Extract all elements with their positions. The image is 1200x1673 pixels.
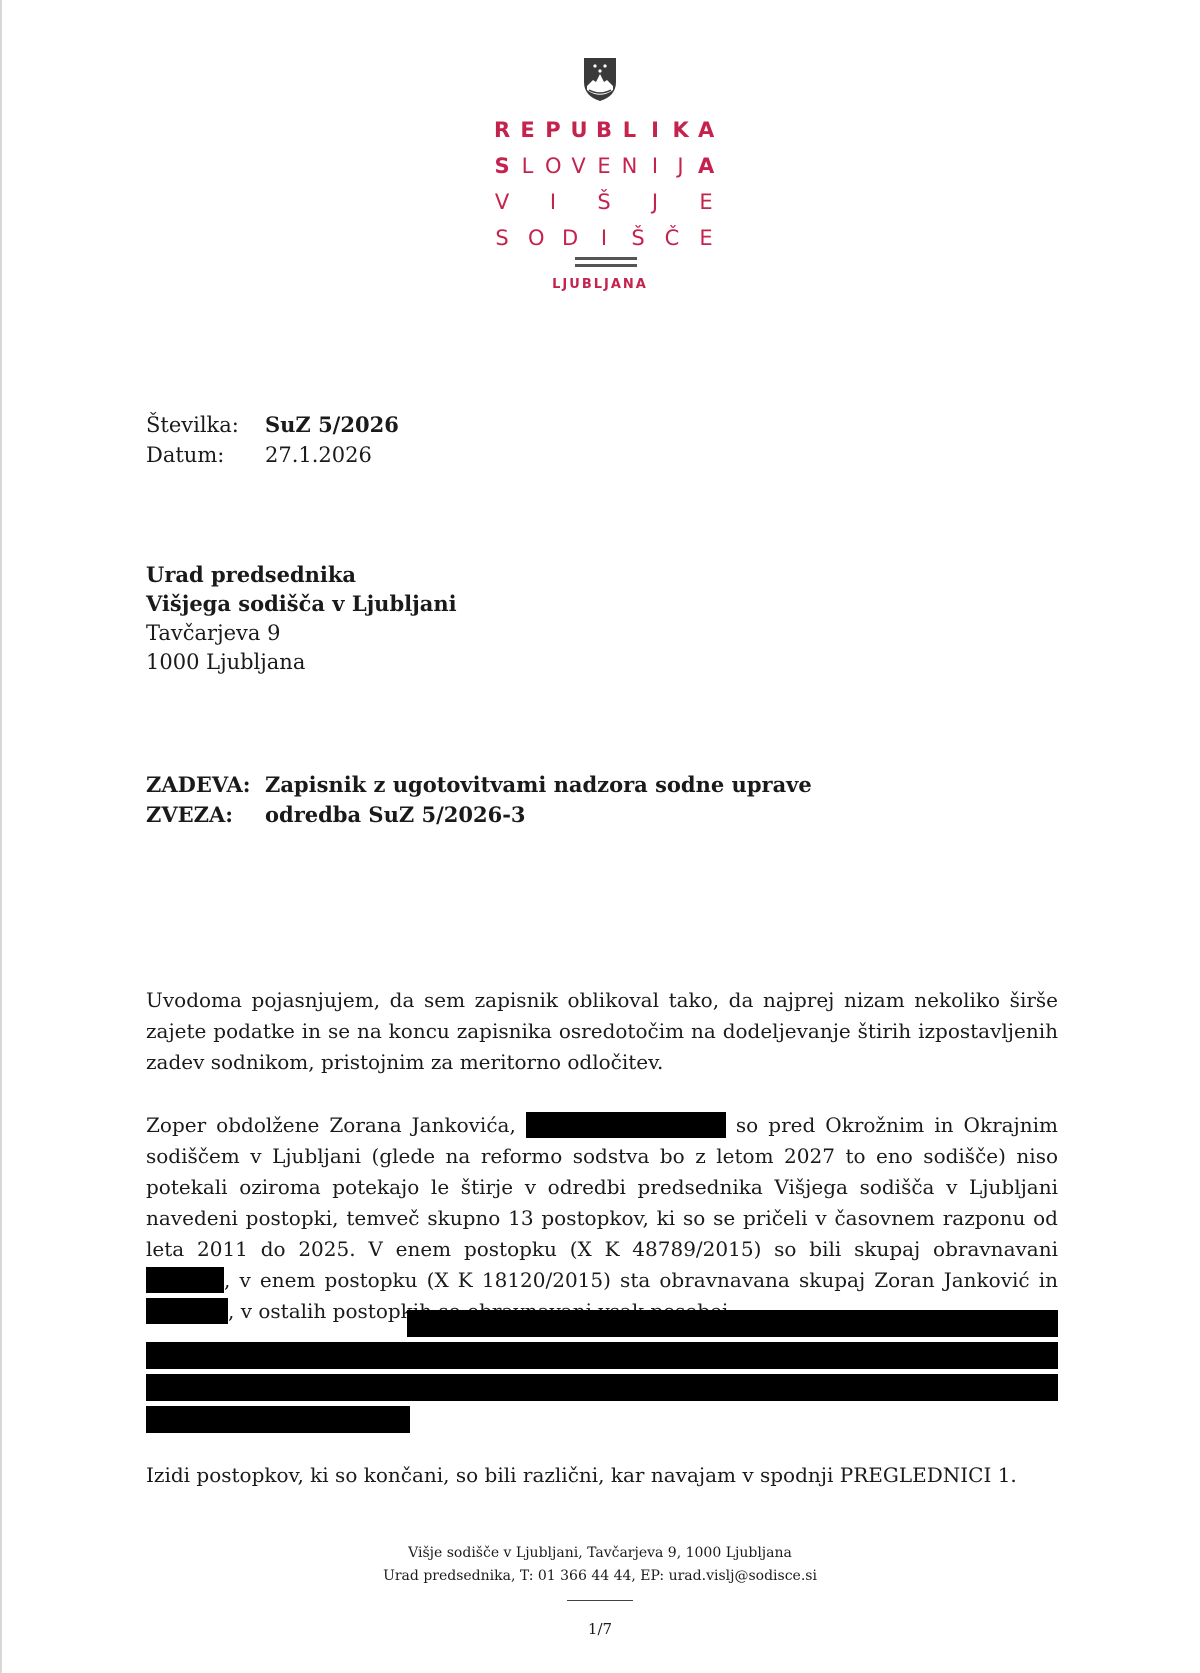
reference-label: ZVEZA: [146, 800, 265, 830]
wordmark-letter: I [545, 184, 561, 220]
wordmark-letter: Š [630, 220, 646, 256]
wordmark-letter: O [545, 148, 561, 184]
wordmark-letter: V [571, 148, 587, 184]
recipient-address: Urad predsednika Višjega sodišča v Ljubl… [146, 560, 457, 676]
document-number-label: Številka: [146, 410, 265, 440]
wordmark-letter: O [528, 220, 544, 256]
redaction-block [526, 1112, 726, 1138]
wordmark-letter: V [494, 184, 510, 220]
document-date-row: Datum: 27.1.2026 [146, 440, 399, 470]
wordmark-letter: S [494, 220, 510, 256]
recipient-street: Tavčarjeva 9 [146, 618, 457, 647]
recipient-line1: Urad predsednika [146, 560, 457, 589]
recipient-line2: Višjega sodišča v Ljubljani [146, 589, 457, 618]
wordmark-rule [575, 257, 637, 260]
redaction-block [146, 1342, 1058, 1369]
recipient-city: 1000 Ljubljana [146, 647, 457, 676]
wordmark-letter: Č [664, 220, 680, 256]
reference-value: odredba SuZ 5/2026-3 [265, 800, 526, 830]
redaction-block [146, 1374, 1058, 1401]
letterhead-logo [0, 56, 1200, 102]
wordmark-letter: E [698, 184, 714, 220]
subject-value: Zapisnik z ugotovitvami nadzora sodne up… [265, 770, 812, 800]
wordmark-letter: E [698, 220, 714, 256]
page-number: 1/7 [0, 1620, 1200, 1638]
wordmark-letter: B [596, 112, 612, 148]
wordmark-row: VIŠJE [494, 184, 714, 220]
court-wordmark: REPUBLIKASLOVENIJAVIŠJESODIŠČE [494, 112, 714, 256]
paragraph-proceedings: Zoper obdolžene Zorana Jankovića, so pre… [146, 1110, 1058, 1327]
subject-label: ZADEVA: [146, 770, 265, 800]
wordmark-letter: Š [596, 184, 612, 220]
document-date-label: Datum: [146, 440, 265, 470]
wordmark-letter: U [571, 112, 587, 148]
wordmark-letter: S [494, 148, 510, 184]
document-meta: Številka: SuZ 5/2026 Datum: 27.1.2026 [146, 410, 399, 470]
wordmark-letter: P [545, 112, 561, 148]
page-edge [0, 0, 2, 1673]
reference-row: ZVEZA: odredba SuZ 5/2026-3 [146, 800, 812, 830]
wordmark-city: LJUBLJANA [0, 277, 1200, 292]
document-number-row: Številka: SuZ 5/2026 [146, 410, 399, 440]
wordmark-letter: R [494, 112, 510, 148]
wordmark-letter: J [647, 184, 663, 220]
wordmark-letter: J [673, 148, 689, 184]
wordmark-row: SLOVENIJA [494, 148, 714, 184]
subject-block: ZADEVA: Zapisnik z ugotovitvami nadzora … [146, 770, 812, 830]
wordmark-rule [575, 264, 637, 267]
paragraph-proceedings-part-c: , v enem postopku (X K 18120/2015) sta o… [224, 1268, 1058, 1292]
paragraph-outcomes: Izidi postopkov, ki so končani, so bili … [146, 1460, 1058, 1491]
wordmark-row: SODIŠČE [494, 220, 714, 256]
wordmark-letter: D [562, 220, 578, 256]
paragraph-intro: Uvodoma pojasnjujem, da sem zapisnik obl… [146, 985, 1058, 1078]
wordmark-letter: K [673, 112, 689, 148]
wordmark-letter: I [647, 112, 663, 148]
wordmark-letter: A [698, 148, 714, 184]
redaction-block [146, 1298, 228, 1324]
wordmark-letter: I [647, 148, 663, 184]
wordmark-letter: E [596, 148, 612, 184]
wordmark-letter: L [622, 112, 638, 148]
subject-row: ZADEVA: Zapisnik z ugotovitvami nadzora … [146, 770, 812, 800]
wordmark-row: REPUBLIKA [494, 112, 714, 148]
redaction-block [146, 1267, 224, 1293]
footer-line1: Višje sodišče v Ljubljani, Tavčarjeva 9,… [0, 1542, 1200, 1565]
document-number-value: SuZ 5/2026 [265, 410, 399, 440]
wordmark-letter: I [596, 220, 612, 256]
redaction-block [407, 1310, 1058, 1337]
wordmark-letter: N [622, 148, 638, 184]
footer-line2: Urad predsednika, T: 01 366 44 44, EP: u… [0, 1565, 1200, 1588]
wordmark-letter: L [520, 148, 536, 184]
redaction-block [146, 1406, 410, 1433]
paragraph-proceedings-part-a: Zoper obdolžene Zorana Jankovića, [146, 1113, 516, 1137]
wordmark-letter: E [520, 112, 536, 148]
wordmark-letter: A [698, 112, 714, 148]
slovenia-coat-of-arms-icon [581, 56, 619, 102]
footer-rule [567, 1600, 633, 1601]
footer-address: Višje sodišče v Ljubljani, Tavčarjeva 9,… [0, 1542, 1200, 1588]
document-date-value: 27.1.2026 [265, 440, 372, 470]
